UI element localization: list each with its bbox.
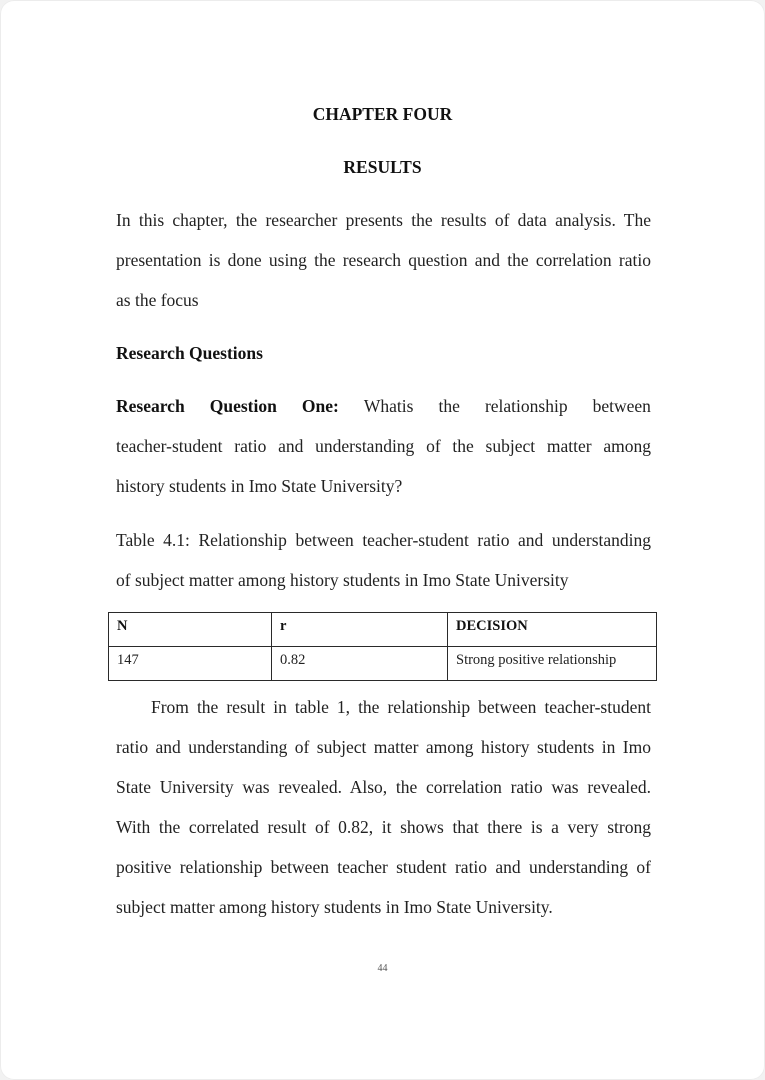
discussion-line-4: With the correlated result of 0.82, it s… [116,817,651,837]
discussion-line-2: ratio and understanding of subject matte… [116,737,651,757]
rq-label-word: Question [210,396,277,416]
intro-line-3: as the focus [116,290,651,310]
page-number: 44 [0,963,765,974]
rq-text-word: the [439,396,460,416]
discussion-line-3: State University was revealed. Also, the… [116,777,651,797]
discussion-line-6: subject matter among history students in… [116,897,651,917]
cell-n: 147 [109,647,272,681]
section-title: RESULTS [0,157,765,178]
rq-text-word: Whatis [364,396,414,416]
header-decision: DECISION [448,613,657,647]
intro-line-1: In this chapter, the researcher presents… [116,210,651,230]
rq-label-word: One: [302,396,339,416]
results-table: N r DECISION 147 0.82 Strong positive re… [108,612,657,681]
table-header-row: N r DECISION [109,613,657,647]
discussion-line-5: positive relationship between teacher st… [116,857,651,877]
table-caption-line-1: Table 4.1: Relationship between teacher-… [116,530,651,550]
chapter-title: CHAPTER FOUR [0,104,765,125]
research-question-one-line-2: teacher-student ratio and understanding … [116,436,651,456]
header-n: N [109,613,272,647]
rq-text-word: relationship [485,396,568,416]
cell-decision: Strong positive relationship [448,647,657,681]
table-row: 147 0.82 Strong positive relationship [109,647,657,681]
research-questions-heading: Research Questions [116,343,651,363]
document-page: CHAPTER FOUR RESULTS In this chapter, th… [0,0,765,1080]
discussion-line-1: From the result in table 1, the relation… [116,697,651,717]
rq-text-word: between [593,396,651,416]
research-question-one-line-1: Research Question One: Whatis the relati… [116,396,651,416]
cell-r: 0.82 [272,647,448,681]
table-caption-line-2: of subject matter among history students… [116,570,651,590]
research-question-one-line-3: history students in Imo State University… [116,476,651,496]
header-r: r [272,613,448,647]
intro-line-2: presentation is done using the research … [116,250,651,270]
rq-label-word: Research [116,396,185,416]
